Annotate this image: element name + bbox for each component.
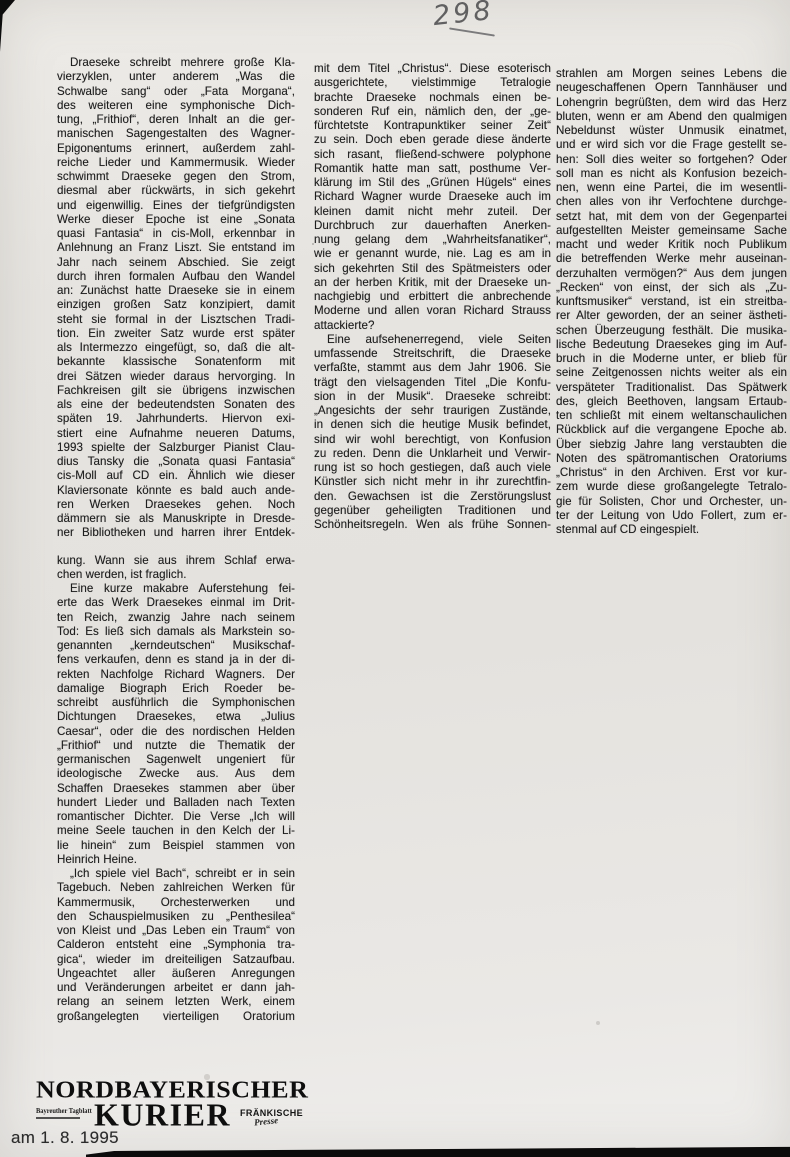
text-line: Schönheitsregeln. Wen als frühe Sonnen- [314, 518, 551, 532]
text-line: reiche Lieder und Kammermusik. Wieder [57, 156, 295, 170]
text-line: aufgestellten Meister gemeinsame Sache [556, 224, 787, 238]
text-line: seine Zeitgenossen nichts weiter als ein [556, 366, 787, 380]
text-line: Werke dieser Epoche ist eine „Sonata [57, 213, 295, 227]
handwritten-page-number: 298 [432, 0, 495, 32]
text-line: strahlen am Morgen seines Lebens die [556, 67, 787, 81]
text-line: tung, „Frithiof“, deren Inhalt an die ge… [57, 113, 295, 127]
text-line: gica“, wieder im dreiteiligen Satzaufbau… [57, 953, 295, 967]
text-line: Calderon entsteht eine „Symphonia tra- [57, 938, 295, 952]
paragraph: Eine kurze makabre Auferstehung fei-erte… [57, 582, 295, 867]
text-line: die betreffenden Werke mehr auseinan- [556, 252, 787, 266]
text-line: nachgiebig und erbittert die anbrechende [314, 290, 551, 304]
text-line: meine Seele tauchen in den Kelch der Li- [57, 824, 295, 838]
text-line: soll man es nicht als Konfusion bezeich- [556, 167, 787, 181]
text-line: genannten „kerndeutschen“ Musikschaf- [57, 639, 295, 653]
text-line: diesmal aber rückwärts, in sich gekehrt [57, 184, 295, 198]
text-line: Moderne und allen voran Richard Strauss [314, 304, 551, 318]
text-line: Lohengrin begrüßten, dem wird das Herz [556, 96, 787, 110]
masthead-microprint-line [36, 1117, 80, 1119]
text-line: Caesar“, oder die des nordischen Helden [57, 725, 295, 739]
text-line: nen, wenn eine Partei, die im wesentli- [556, 181, 787, 195]
text-line: quasi Fantasia“ in cis-Moll, erkennbar i… [57, 227, 295, 241]
text-line: Anlehnung an Franz Liszt. Sie entstand i… [57, 241, 295, 255]
text-line: chen alles von ihr Verfochtene durchge- [556, 195, 787, 209]
masthead-left-block: Bayreuther Tagblatt [36, 1101, 94, 1119]
text-line: Eine kurze makabre Auferstehung fei- [57, 582, 295, 596]
text-line: stenmal auf CD eingespielt. [556, 523, 787, 537]
text-line: durch ihren formalen Aufbau den Wandel [57, 270, 295, 284]
paragraph: kung. Wann sie aus ihrem Schlaf erwa-che… [57, 554, 295, 583]
newspaper-clipping-scan: 298 Draeseke schreibt mehrere große Kla-… [0, 0, 790, 1157]
paragraph: mit dem Titel „Christus“. Diese esoteris… [314, 62, 551, 333]
text-line: Heinrich Heine. [57, 853, 295, 867]
text-line: Eine aufsehenerregend, viele Seiten [314, 333, 551, 347]
text-line: Tod: Es ließ sich damals als Markstein s… [57, 625, 295, 639]
paragraph: „Ich spiele viel Bach“, schreibt er in s… [57, 867, 295, 1024]
text-line: ren Werken Draesekes gehen. Noch [57, 498, 295, 512]
text-line: ideologische Zwecke aus. Aus dem [57, 767, 295, 781]
text-line: „Recken“ von einst, der sich als „Zu- [556, 281, 787, 295]
text-line: an: Zunächst hatte Draeseke sie in einem [57, 284, 295, 298]
text-line: den. Gewachsen ist die Zerstörungslust [314, 490, 551, 504]
scan-corner-artifact [0, 0, 15, 52]
text-line: germanischen Sagenwelt ungeniert für [57, 753, 295, 767]
text-line: Romantik hatte man satt, posthume Ver- [314, 162, 551, 176]
text-line: großangelegten vierteiligen Oratorium [57, 1010, 295, 1024]
text-line: und er wird sich vor die Frage gestellt … [556, 138, 787, 152]
text-line: zem wurde diese großangelegte Tetralo- [556, 480, 787, 494]
text-line: des weiteren eine symphonische Dich- [57, 99, 295, 113]
text-line: hundert Lieder und Balladen nach Texten [57, 796, 295, 810]
text-line: Ungeachtet aller äußeren Anregungen [57, 967, 295, 981]
text-line: fens verkaufen, denn es stand ja in der … [57, 653, 295, 667]
text-line: Künstler sich nicht mehr in ihr zurechtf… [314, 475, 551, 489]
text-line: Epigonentums erinnert, außerdem zahl- [57, 142, 295, 156]
text-line: brachte Draeseke nochmals einen be- [314, 91, 551, 105]
masthead-logo: NORDBAYERISCHER Bayreuther Tagblatt KURI… [36, 1079, 306, 1129]
text-line: Draeseke schreibt mehrere große Kla- [57, 56, 295, 70]
text-line: Dichtungen Draesekes, etwa „Julius [57, 710, 295, 724]
masthead-row: Bayreuther Tagblatt KURIER FRÄNKISCHE Pr… [36, 1101, 306, 1129]
text-line: bruch in die Moderne unter, er blieb für [556, 352, 787, 366]
text-line: „Angesichts der sehr traurigen Zustände, [314, 404, 551, 418]
text-line: sion in der Musik“. Draeseke schreibt: [314, 390, 551, 404]
text-line: späten 19. Jahrhunderts. Hiervon exi- [57, 412, 295, 426]
text-line: stiert eine Aufnahme neueren Datums, [57, 427, 295, 441]
text-line: erte das Werk Draesekes einmal im Drit- [57, 596, 295, 610]
text-line: als eine der bedeutendsten Sonaten des [57, 398, 295, 412]
text-line: Schwalbe sang“ oder „Fata Morgana“, [57, 85, 295, 99]
text-line: macht und weder Kritik noch Publikum [556, 238, 787, 252]
masthead-title-main: KURIER [94, 1101, 231, 1128]
text-line: Über siebzig Jahre lang verstaubten die [556, 438, 787, 452]
text-line: umfassende Streitschrift, die Draeseke [314, 347, 551, 361]
text-line: kunftsmusiker“ verstand, ist ein streitb… [556, 295, 787, 309]
text-line: einzigen großen Satz konzipiert, damit [57, 298, 295, 312]
text-line: ter der Leitung von Udo Follert, zum er- [556, 509, 787, 523]
text-line: Rückblick auf die vergangene Epoche ab. [556, 423, 787, 437]
text-line: verfaßte, stammt aus dem Jahr 1906. Sie [314, 361, 551, 375]
text-line: sonderen Ruf ein, nämlich den, der „ge- [314, 105, 551, 119]
text-line: ten Reich, zwanzig Jahre nach seinem [57, 611, 295, 625]
text-line: kleinen damit nicht mehr zuteil. Der [314, 205, 551, 219]
text-line: dämmern sie als Manuskripte in Dresde- [57, 512, 295, 526]
text-line: drei Sätzen wieder daraus hervorging. In [57, 370, 295, 384]
text-line: gie für Solisten, Chor und Orchester, un… [556, 495, 787, 509]
text-line: bluten, wenn er am Abend den qualmigen [556, 110, 787, 124]
text-line: derzuhalten vermögen?“ Aus dem jungen [556, 267, 787, 281]
text-line: wie er genannt wurde, nie. Lag es am in [314, 247, 551, 261]
text-line: lische Bedeutung Draesekes ging im Auf- [556, 338, 787, 352]
text-line: neugeschaffenen Opern Tannhäuser und [556, 81, 787, 95]
text-line: schen Überzeugung festhält. Die musika- [556, 324, 787, 338]
scan-noise-specks [0, 0, 2, 2]
text-line: 1993 spielte der Salzburger Pianist Clau… [57, 441, 295, 455]
text-line: sind wir wohl berechtigt, von Konfusion [314, 433, 551, 447]
text-line: setzt hat, mit dem von der Gegenpartei [556, 210, 787, 224]
text-line: klärung im Stil des „Grünen Hügels“ eine… [314, 176, 551, 190]
masthead-right-block: FRÄNKISCHE Presse [240, 1101, 303, 1125]
text-line: gegenüber geheiligten Traditionen und [314, 504, 551, 518]
text-line: an der herben Kritik, mit der Draeseke u… [314, 276, 551, 290]
handwritten-number-text: 298 [432, 0, 495, 32]
masthead-left-tagline: Bayreuther Tagblatt [36, 1108, 89, 1115]
text-line: Tagebuch. Neben zahlreichen Werken für [57, 881, 295, 895]
text-line: relang an seinem letzten Werk, einem [57, 995, 295, 1009]
text-line: nung gelang dem „Wahrheitsfanatiker“, [314, 233, 551, 247]
text-line: und Veränderungen arbeitet er dann jah- [57, 981, 295, 995]
text-line: in denen sich die heutige Musik befindet… [314, 418, 551, 432]
text-line: sich rasant, fließend-schwere polyphone [314, 148, 551, 162]
text-line: Klaviersonate könnte es bald auch ande- [57, 484, 295, 498]
text-line: ner Bibliotheken und harren ihrer Entdek… [57, 526, 295, 540]
text-line: des, gleich Beethoven, langsam Ertaub- [556, 395, 787, 409]
text-line: rung ist so hoch gestiegen, daß auch vie… [314, 461, 551, 475]
paragraph: Draeseke schreibt mehrere große Kla-vier… [57, 56, 295, 541]
text-line: „Christus“ in den Archiven. Erst vor kur… [556, 466, 787, 480]
text-line: schreibt ausführlich die Symphonischen [57, 696, 295, 710]
text-line: zu reden. Denn die Unklarheit und Verwir… [314, 447, 551, 461]
text-line: als Intermezzo eingefügt, so, daß die al… [57, 341, 295, 355]
text-line: lie hinein“ zum Beispiel stammen von [57, 839, 295, 853]
text-line: „Frithiof“ und nutzte die Thematik der [57, 739, 295, 753]
text-line: tion. Ein zweiter Satz wurde erst später [57, 327, 295, 341]
text-line: von Kleist und „Das Leben ein Traum“ von [57, 924, 295, 938]
text-line: Schaffen Draesekes stammen aber über [57, 782, 295, 796]
text-line: bekannte klassische Sonatenform mit [57, 355, 295, 369]
text-line: chen werden, ist fraglich. [57, 568, 295, 582]
text-line: ten schließt mit einem weltanschaulichen [556, 409, 787, 423]
paragraph: strahlen am Morgen seines Lebens dieneug… [556, 67, 787, 537]
text-line: ausgerichtete, vielstimmige Tetralogie [314, 76, 551, 90]
text-line: sich gekehrten Stil des Spätmeisters ode… [314, 262, 551, 276]
article-column-2: mit dem Titel „Christus“. Diese esoteris… [314, 62, 551, 532]
text-line: Durchbruch zur dauerhaften Anerken- [314, 219, 551, 233]
text-line: „Ich spiele viel Bach“, schreibt er in s… [57, 867, 295, 881]
text-line: romantischer Dichter. Die Verse „Ich wil… [57, 810, 295, 824]
text-line: Noten des spätromantischen Oratoriums [556, 452, 787, 466]
text-line: Jahr nach seinem Abschied. Sie zeigt [57, 256, 295, 270]
text-line: kung. Wann sie aus ihrem Schlaf erwa- [57, 554, 295, 568]
text-line: Fachkreisen gilt sie übrigens inzwischen [57, 384, 295, 398]
text-line: verspäteter Traditionalist. Das Spätwerk [556, 381, 787, 395]
text-line: manischen Sagengestalten des Wagner- [57, 127, 295, 141]
text-line: dius Tansky die „Sonata quasi Fantasia“ [57, 455, 295, 469]
text-line: attackierte? [314, 319, 551, 333]
paragraph: Eine aufsehenerregend, viele Seitenumfas… [314, 333, 551, 533]
text-line: rer Alter geworden, der an seiner ästhet… [556, 309, 787, 323]
text-line: hen: Soll dies weiter so fortgehen? Oder [556, 153, 787, 167]
text-line: Richard Wagner wurde Draeseke auch im [314, 190, 551, 204]
text-line: und eigenwillig. Eines der tiefgründigst… [57, 199, 295, 213]
text-line: schwimmt Draeseke gegen den Strom, [57, 170, 295, 184]
text-line: rekten Nachfolge Richard Wagners. Der [57, 668, 295, 682]
date-annotation: am 1. 8. 1995 [11, 1128, 119, 1148]
text-line: cis-Moll auf CD ein. Ähnlich wie dieser [57, 469, 295, 483]
article-column-1: Draeseke schreibt mehrere große Kla-vier… [57, 56, 295, 1024]
text-line: trägt den vielsagenden Titel „Die Konfu- [314, 376, 551, 390]
text-line: Kammermusik, Orchesterwerken und [57, 896, 295, 910]
text-line: mit dem Titel „Christus“. Diese esoteris… [314, 62, 551, 76]
article-column-3: strahlen am Morgen seines Lebens dieneug… [556, 67, 787, 537]
text-line: fürchtetste Kontrapunktiker seiner Zeit“ [314, 119, 551, 133]
text-line: damalige Biograph Erich Roeder be- [57, 682, 295, 696]
text-line: Nebeldunst wüster Unmusik einatmet, [556, 124, 787, 138]
text-line: steht sie formal in der Lisztschen Tradi… [57, 313, 295, 327]
text-line: vierzyklen, unter anderem „Was die [57, 70, 295, 84]
handwritten-underline [449, 27, 495, 36]
text-line: zu sein. Doch eben gerade diese änderte [314, 133, 551, 147]
text-line: den Schauspielmusiken zu „Penthesilea“ [57, 910, 295, 924]
scan-bottom-edge [86, 1146, 790, 1157]
